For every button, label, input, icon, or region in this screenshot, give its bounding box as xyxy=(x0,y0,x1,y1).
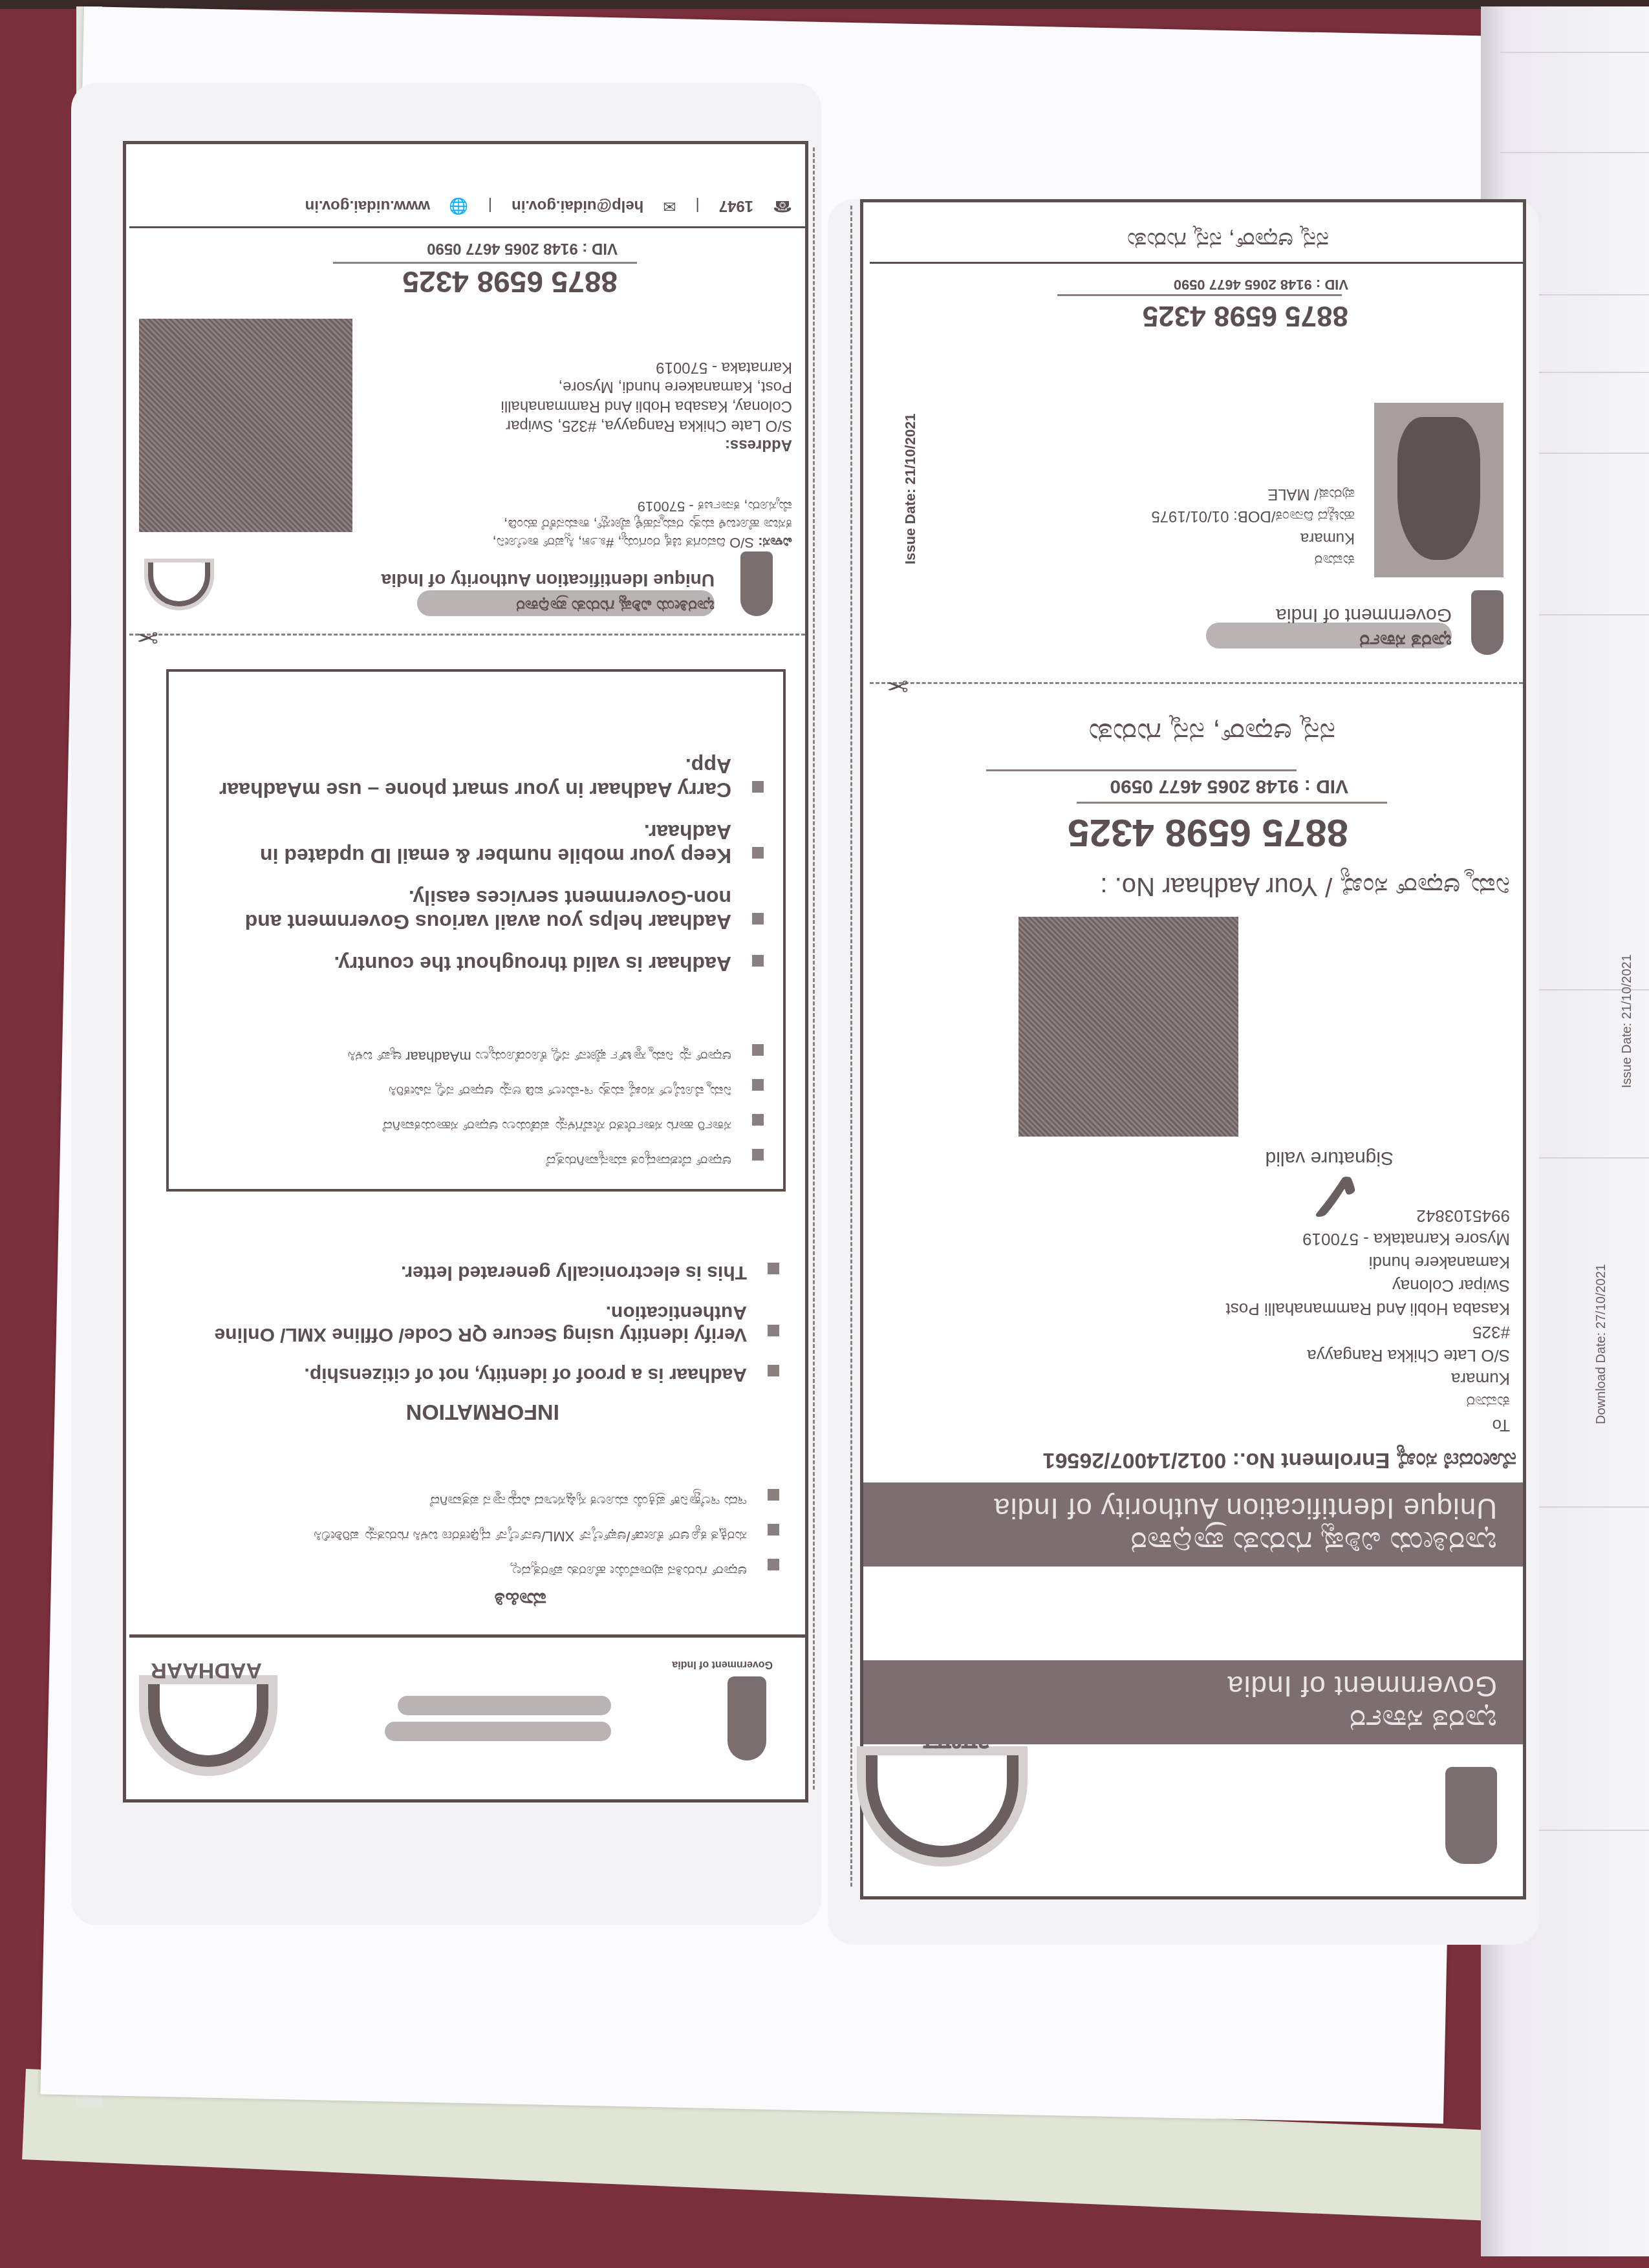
gov-kannada: ಭಾರತ ಸರ್ಕಾರ xyxy=(889,1702,1497,1738)
print-smudge xyxy=(385,1722,611,1741)
info-list-en: Aadhaar is a proof of identity, not of c… xyxy=(158,1243,779,1385)
back-uidai-kannada: ಭಾರತೀಯ ವಿಶಿಷ್ಟ ಗುರುತು ಪ್ರಾಧಿಕಾರ xyxy=(516,595,715,616)
address-line: #325 xyxy=(1226,1321,1510,1344)
aadhaar-number: 8875 6598 4325 xyxy=(1068,811,1348,855)
globe-icon: 🌐 xyxy=(449,197,469,215)
download-date: Download Date: 27/10/2021 xyxy=(1594,1264,1609,1424)
national-emblem-icon xyxy=(740,551,773,616)
list-item: ನಿಮ್ಮ ಮೊಬೈಲ್ ಸಂಖ್ಯೆ ಮತ್ತು ಇ-ಮೇಲ್ ಐಡಿ ಅನ್… xyxy=(195,1083,764,1100)
list-item: Aadhaar helps you avail various Governme… xyxy=(195,886,764,934)
address-label-kn: ವಿಳಾಸ: xyxy=(758,535,792,551)
email-icon: ✉ xyxy=(663,197,676,215)
cut-line xyxy=(129,634,805,636)
benefits-list-en: Aadhaar is valid throughout the country.… xyxy=(195,736,764,976)
address-kn-text: S/O ದಿವಂಗತ ಚಿಕ್ಕ ರಂಗಯ್ಯ, #೩೨೫, ಸ್ವಿಪರ್ ಕ… xyxy=(493,498,792,551)
info-heading: INFORMATION xyxy=(406,1399,559,1424)
card-aadhaar-number: 8875 6598 4325 xyxy=(1143,299,1348,332)
holder-name: Kumara xyxy=(1151,527,1355,549)
info-list-kn: ಆಧಾರ್ ಗುರುತಿನ ಪುರಾವೆಯೇ ಹೊರತು ಪೌರತ್ವದಲ್ಲ … xyxy=(197,1475,779,1579)
email-link[interactable]: help@uidai.gov.in xyxy=(512,197,643,215)
list-item: ಸರ್ಕಾರಿ ಹಾಗು ಸರ್ಕಾರೇತರ ಸೇವೆಗಳನ್ನು ಪಡೆಯಲು… xyxy=(195,1118,764,1135)
holder-dob: ಹುಟ್ಟಿದ ದಿನಾಂಕ/DOB: 01/01/1975 xyxy=(1151,505,1355,527)
gov-english: Government of India xyxy=(889,1669,1497,1702)
scanner-edge xyxy=(0,0,1649,9)
aadhaar-letter: आधार ಭಾರತ ಸರ್ಕಾರ Government of India ಭಾರ… xyxy=(860,199,1526,1899)
divider xyxy=(870,262,1523,264)
info-heading-kn: ಮಾಹಿತಿ xyxy=(494,1587,546,1612)
card-tagline: ನನ್ನ ಆಧಾರ್, ನನ್ನ ಗುರುತು xyxy=(1127,226,1329,254)
scissors-icon: ✂ xyxy=(136,622,158,652)
print-smudge xyxy=(398,1696,611,1715)
uidai-band: ಭಾರತೀಯ ವಿಶಿಷ್ಟ ಗುರುತು ಪ್ರಾಧಿಕಾರ Unique I… xyxy=(863,1482,1523,1567)
website-link[interactable]: www.uidai.gov.in xyxy=(305,197,430,215)
list-item: ಸುರಕ್ಷಿತ ಕ್ಯೂಆರ್ ಕೋಡ್/ಆಫ್‌ಲೈನ್ XML/ಆನ್‌ಲ… xyxy=(197,1528,779,1545)
card-gov-kannada: ಭಾರತ ಸರ್ಕಾರ xyxy=(1359,630,1452,652)
signature-tick-icon: ✓ xyxy=(1305,1154,1364,1237)
uidai-english: Unique Identification Authority of India xyxy=(889,1492,1497,1524)
benefits-box: ಆಧಾರ್ ದೇಶದಾದ್ಯಂತ ಮಾನ್ಯವಾಗಿರುತ್ತದೆ ಸರ್ಕಾರ… xyxy=(166,669,786,1192)
national-emblem-icon xyxy=(1445,1767,1497,1864)
card-holder-details: ಕುಮಾರ Kumara ಹುಟ್ಟಿದ ದಿನಾಂಕ/DOB: 01/01/1… xyxy=(1151,483,1355,571)
aadhaar-back: Government of India AADHAAR ಮಾಹಿತಿ ಆಧಾರ್… xyxy=(123,141,808,1803)
divider xyxy=(129,1634,805,1638)
list-item: ಆಧಾರ್ ದೇಶದಾದ್ಯಂತ ಮಾನ್ಯವಾಗಿರುತ್ತದೆ xyxy=(195,1153,764,1170)
divider xyxy=(1057,294,1342,296)
aadhaar-logo-icon xyxy=(866,1755,1018,1857)
helpline[interactable]: 1947 xyxy=(719,197,753,215)
aadhaar-logo-icon xyxy=(148,1684,268,1767)
divider xyxy=(1077,802,1387,804)
holder-name-kannada: ಕುಮಾರ xyxy=(1151,549,1355,571)
holder-photo xyxy=(1374,403,1503,577)
enrolment-value: 0012/14007/26561 xyxy=(1043,1448,1227,1473)
list-item: ಆಧಾರ್ ನ್ನು ನಿಮ್ಮ ಸ್ಮಾರ್ಟ್ ಫೋನ್ ನಲ್ಲಿ ಕೊಂ… xyxy=(195,1048,764,1065)
address-text: S/O Late Chikka Rangayya, #325, Swipar C… xyxy=(501,359,792,434)
address-line: Kamanakere hundi xyxy=(1226,1251,1510,1274)
contact-row: ☎ 1947 | ✉ help@uidai.gov.in | 🌐 www.uid… xyxy=(305,197,792,215)
enrolment-number: ನೋಂದಣಿ ಸಂಖ್ಯೆ Enrolment No.: 0012/14007/… xyxy=(1043,1448,1516,1473)
qr-code xyxy=(1018,917,1238,1137)
list-item: Aadhaar is a proof of identity, not of c… xyxy=(158,1364,779,1385)
cut-line xyxy=(870,682,1523,684)
address-line: S/O Late Chikka Rangayya xyxy=(1226,1344,1510,1367)
fold-line xyxy=(850,206,852,1887)
list-item: Verify identity using Secure QR Code/ Of… xyxy=(158,1301,779,1345)
your-aadhaar-label: ನಿಮ್ಮ ಆಧಾರ್ ಸಂಖ್ಯೆ / Your Aadhaar No. : xyxy=(1100,872,1510,901)
gov-india-small: Government of India xyxy=(672,1658,773,1670)
aadhaar-logo-text: AADHAAR xyxy=(151,1658,262,1683)
tagline: ನನ್ನ ಆಧಾರ್, ನನ್ನ ಗುರುತು xyxy=(1088,716,1335,749)
enrolment-label: ನೋಂದಣಿ ಸಂಖ್ಯೆ Enrolment No.: xyxy=(1233,1448,1516,1473)
recipient-address: To ಕುಮಾರ Kumara S/O Late Chikka Rangayya… xyxy=(1226,1204,1510,1437)
aadhaar-logo-icon xyxy=(148,562,210,606)
gov-band: ಭಾರತ ಸರ್ಕಾರ Government of India xyxy=(863,1660,1523,1744)
card-issue-date: Issue Date: 21/10/2021 xyxy=(902,413,919,564)
list-item: ಆಧಾರ್ ಗುರುತಿನ ಪುರಾವೆಯೇ ಹೊರತು ಪೌರತ್ವದಲ್ಲ xyxy=(197,1563,779,1579)
back-aadhaar-number: 8875 6598 4325 xyxy=(402,264,618,299)
to-label: To xyxy=(1226,1414,1510,1437)
holder-gender: ಪುರುಷ/ MALE xyxy=(1151,483,1355,505)
address-line: Swipar Colonay xyxy=(1226,1274,1510,1298)
card-gov-english: Government of India xyxy=(1276,604,1452,626)
benefits-list-kn: ಆಧಾರ್ ದೇಶದಾದ್ಯಂತ ಮಾನ್ಯವಾಗಿರುತ್ತದೆ ಸರ್ಕಾರ… xyxy=(195,1030,764,1170)
list-item: Keep your mobile number & email ID updat… xyxy=(195,820,764,868)
address-kannada: ವಿಳಾಸ: S/O ದಿವಂಗತ ಚಿಕ್ಕ ರಂಗಯ್ಯ, #೩೨೫, ಸ್… xyxy=(488,497,792,551)
separator: | xyxy=(488,197,492,215)
divider xyxy=(333,262,637,264)
address-label: Address: xyxy=(725,436,792,454)
list-item: Carry Aadhaar in your smart phone – use … xyxy=(195,754,764,802)
list-item: This is electronically generated letter. xyxy=(158,1261,779,1283)
back-vid: VID : 9148 2065 4677 0590 xyxy=(427,239,618,257)
national-emblem-icon xyxy=(1471,590,1503,655)
qr-code xyxy=(139,319,352,532)
issue-date-vertical: Issue Date: 21/10/2021 xyxy=(1620,954,1635,1088)
address-line: 9945103842 xyxy=(1226,1204,1510,1228)
divider xyxy=(986,769,1297,771)
uidai-kannada: ಭಾರತೀಯ ವಿಶಿಷ್ಟ ಗುರುತು ಪ್ರಾಧಿಕಾರ xyxy=(889,1524,1497,1560)
national-emblem-icon xyxy=(727,1676,766,1760)
card-vid: VID : 9148 2065 4677 0590 xyxy=(1174,276,1348,293)
separator: | xyxy=(695,197,699,215)
fold-line xyxy=(813,147,815,1790)
vid-number: VID : 9148 2065 4677 0590 xyxy=(1110,775,1348,797)
back-uidai-english: Unique Identification Authority of India xyxy=(382,570,715,590)
phone-icon: ☎ xyxy=(773,197,792,215)
address-line: ಕುಮಾರ xyxy=(1226,1391,1510,1414)
scissors-icon: ✂ xyxy=(887,670,909,700)
address-line: Mysore Karnataka - 570019 xyxy=(1226,1228,1510,1251)
divider xyxy=(129,226,805,228)
address-line: Kumara xyxy=(1226,1367,1510,1391)
list-item: ಇದು ಇಲೆಕ್ಟ್ರಾನಿಕ್ ಪ್ರಕ್ರಿಯೆ ಮೂಲಕ ಸೃಷ್ಟಿಸ… xyxy=(197,1493,779,1510)
address-english: Address: S/O Late Chikka Rangayya, #325,… xyxy=(488,358,792,455)
list-item: Aadhaar is valid throughout the country. xyxy=(195,952,764,976)
address-line: Kasaba Hobli And Rammanahalli Post xyxy=(1226,1298,1510,1321)
